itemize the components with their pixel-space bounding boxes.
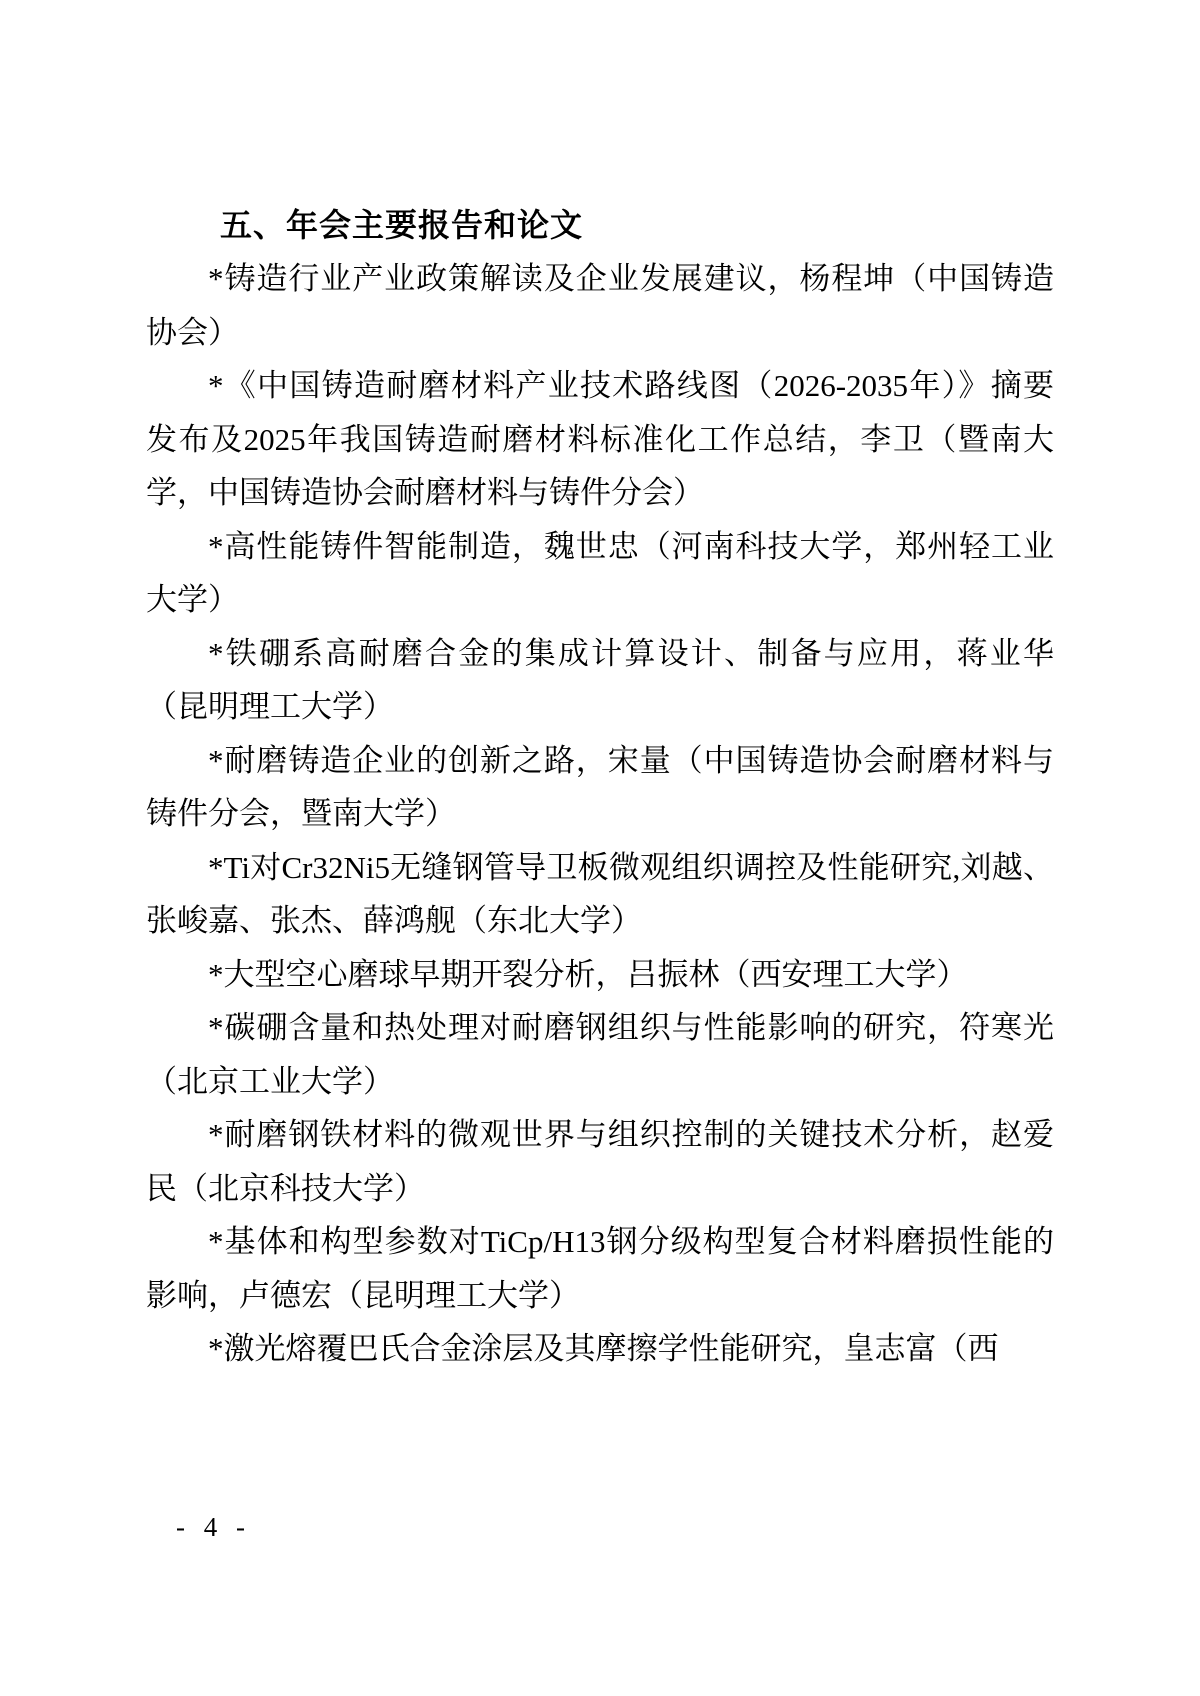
report-item: *耐磨铸造企业的创新之路，宋量（中国铸造协会耐磨材料与铸件分会，暨南大学） [146, 734, 1054, 841]
report-item: *大型空心磨球早期开裂分析，吕振林（西安理工大学） [146, 948, 1054, 1002]
document-page: 五、年会主要报告和论文 *铸造行业产业政策解读及企业发展建议，杨程坤（中国铸造协… [0, 0, 1200, 1696]
report-item: *Ti对Cr32Ni5无缝钢管导卫板微观组织调控及性能研究,刘越、张峻嘉、张杰、… [146, 841, 1054, 948]
report-item: *耐磨钢铁材料的微观世界与组织控制的关键技术分析，赵爱民（北京科技大学） [146, 1108, 1054, 1215]
report-item: *激光熔覆巴氏合金涂层及其摩擦学性能研究，皇志富（西 [146, 1322, 1054, 1376]
document-content: 五、年会主要报告和论文 *铸造行业产业政策解读及企业发展建议，杨程坤（中国铸造协… [146, 198, 1054, 1376]
page-number: - 4 - [176, 1512, 251, 1543]
report-item: *铁硼系高耐磨合金的集成计算设计、制备与应用，蒋业华（昆明理工大学） [146, 627, 1054, 734]
report-item: *基体和构型参数对TiCp/H13钢分级构型复合材料磨损性能的影响，卢德宏（昆明… [146, 1215, 1054, 1322]
section-heading: 五、年会主要报告和论文 [146, 198, 1054, 252]
report-item: *铸造行业产业政策解读及企业发展建议，杨程坤（中国铸造协会） [146, 252, 1054, 359]
report-item: *碳硼含量和热处理对耐磨钢组织与性能影响的研究，符寒光（北京工业大学） [146, 1001, 1054, 1108]
report-item: *《中国铸造耐磨材料产业技术路线图（2026-2035年）》摘要发布及2025年… [146, 359, 1054, 520]
report-item: *高性能铸件智能制造，魏世忠（河南科技大学，郑州轻工业大学） [146, 520, 1054, 627]
